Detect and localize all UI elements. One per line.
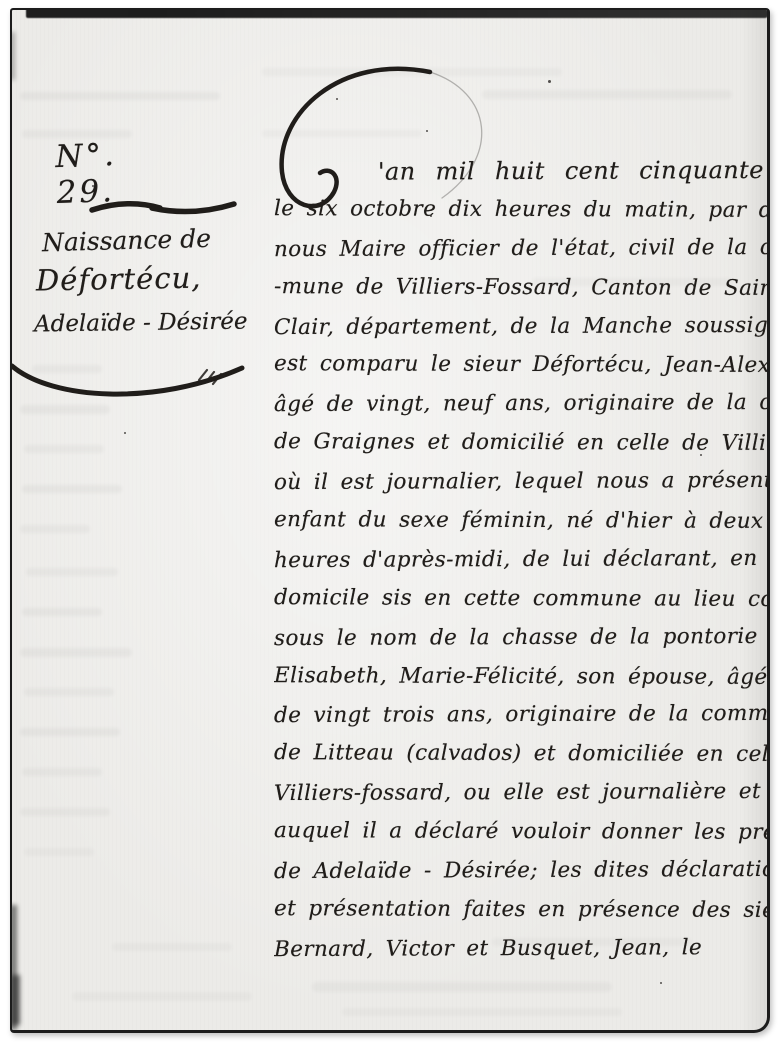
margin-title-line: Adelaïde - Désirée (34, 309, 248, 338)
manuscript-line: Elisabeth, Marie-Félicité, son épouse, â… (274, 657, 770, 698)
manuscript-line: est comparu le sieur Défortécu, Jean-Ale… (274, 346, 770, 387)
bleed-through-streak (26, 568, 118, 576)
manuscript-line: sous le nom de la chasse de la pontorie … (274, 618, 770, 659)
bleed-through-streak (20, 728, 120, 736)
manuscript-line: le six octobre dix heures du matin, par … (274, 190, 770, 231)
manuscript-line: Clair, département, de la Manche soussig… (274, 306, 770, 347)
bleed-through-streak (22, 485, 122, 493)
scan-top-edge-shadow (26, 9, 768, 18)
manuscript-line: heures d'après-midi, de lui déclarant, e… (274, 540, 770, 581)
bleed-through-streak (24, 848, 94, 856)
bleed-through-streak (20, 92, 220, 100)
manuscript-line: de Graignes et domicilié en celle de Vil… (274, 423, 770, 464)
bleed-through-streak (72, 992, 252, 1001)
manuscript-line: de Adelaïde - Désirée; les dites déclara… (274, 851, 770, 892)
scan-left-edge-smudge (11, 975, 20, 1025)
ink-speck (548, 80, 551, 83)
bleed-through-streak (24, 445, 104, 453)
bleed-through-streak (112, 943, 232, 951)
ink-speck (124, 432, 126, 434)
margin-tick-mark (197, 364, 225, 386)
ink-speck (660, 982, 662, 984)
manuscript-line: où il est journalier, lequel nous a prés… (274, 462, 770, 503)
margin-rule-flourish (88, 198, 238, 220)
bleed-through-streak (22, 768, 102, 776)
bleed-through-streak (342, 1008, 622, 1016)
bleed-through-streak (20, 525, 90, 533)
page-background: N°. 29. Naissance de Défortécu, Adelaïde… (0, 0, 778, 1043)
scanned-register-page: N°. 29. Naissance de Défortécu, Adelaïde… (10, 8, 770, 1033)
manuscript-line: auquel il a déclaré vouloir donner les p… (274, 812, 770, 853)
margin-title-line: Défortécu, (36, 261, 202, 298)
manuscript-line: et présentation faites en présence des s… (274, 890, 770, 931)
bleed-through-streak (20, 808, 110, 816)
scan-left-edge-smudge (10, 32, 15, 80)
bleed-through-streak (24, 688, 114, 696)
manuscript-line: Bernard, Victor et Busquet, Jean, le (274, 929, 770, 970)
manuscript-line: de vingt trois ans, originaire de la com… (274, 695, 770, 736)
bleed-through-streak (22, 608, 102, 616)
manuscript-line: -mune de Villiers-Fossard, Canton de Sai… (274, 268, 770, 309)
manuscript-line: 'an mil huit cent cinquante et (274, 152, 770, 192)
manuscript-line: domicile sis en cette commune au lieu co… (274, 579, 770, 620)
manuscript-line: âgé de vingt, neuf ans, originaire de la… (274, 384, 770, 425)
manuscript-line: enfant du sexe féminin, né d'hier à deux (274, 501, 770, 542)
bleed-through-streak (20, 648, 132, 657)
manuscript-line: Villiers-fossard, ou elle est journalièr… (274, 773, 770, 814)
margin-title-line: Naissance de (42, 224, 212, 257)
manuscript-line: nous Maire officier de l'état, civil de … (274, 229, 770, 270)
bleed-through-streak (482, 90, 732, 99)
bleed-through-streak (312, 982, 612, 992)
body-text: 'an mil huit cent cinquante etle six oct… (274, 152, 770, 972)
manuscript-line: de Litteau (calvados) et domiciliée en c… (274, 734, 770, 775)
